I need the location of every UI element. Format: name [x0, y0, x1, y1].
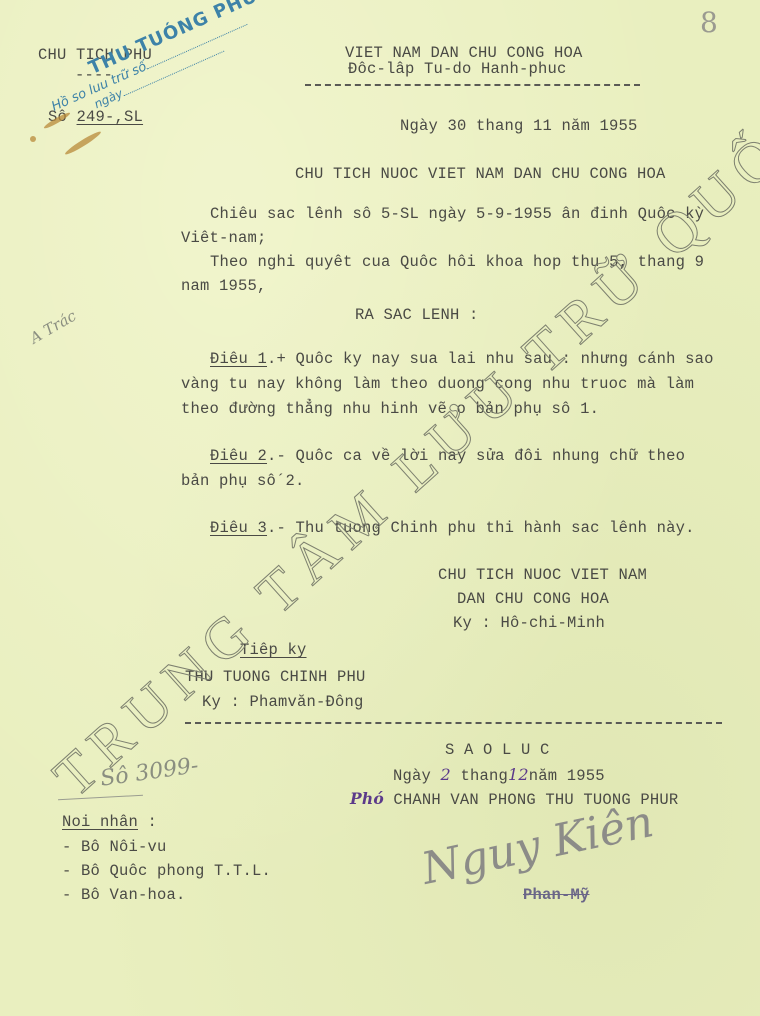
countersign-signed: Ky : Phamvăn-Đông — [202, 693, 364, 711]
issuer-heading: CHU TICH NUOC VIET NAM DAN CHU CONG HOA — [295, 165, 666, 183]
copy-signer: Phan-Mỹ — [523, 886, 590, 904]
archive-stamp: THU TUÓNG PHỦ Hồ so luu trữ số ngày — [40, 0, 273, 128]
preamble-line: Chiêu sac lênh sô 5-SL ngày 5-9-1955 ân … — [210, 205, 704, 223]
handwritten-signature: Nguy Kiên — [417, 796, 658, 895]
article-label: Điêu 3 — [210, 519, 267, 537]
copy-date: Ngày 2 thang12năm 1955 — [393, 765, 605, 785]
office-overwrite: Phó — [350, 789, 384, 808]
article-3: Điêu 3.- Thu tuong Chinh phu thi hành sa… — [210, 519, 695, 537]
document-date: Ngày 30 thang 11 năm 1955 — [400, 117, 638, 135]
recipient-item: - Bô Quôc phong T.T.L. — [62, 862, 271, 880]
page-number: 8 — [700, 6, 718, 39]
recipients-heading: Noi nhân : — [62, 813, 157, 831]
article-line: vàng tu nay không làm theo duong cong nh… — [181, 375, 694, 393]
president-title-line1: CHU TICH NUOC VIET NAM — [438, 566, 647, 584]
recipient-item: - Bô Nôi-vu — [62, 838, 167, 856]
article-line: bản phụ sô´2. — [181, 472, 305, 490]
recipient-item: - Bô Van-hoa. — [62, 886, 186, 904]
copy-heading: S A O L U C — [445, 741, 550, 759]
header-divider — [305, 84, 640, 86]
president-signed: Ky : Hô-chi-Minh — [453, 614, 605, 632]
preamble-line: nam 1955, — [181, 277, 267, 295]
section-divider — [185, 722, 722, 724]
copy-day: 2 — [441, 765, 451, 784]
margin-note: A Trác — [27, 307, 79, 348]
president-title-line2: DAN CHU CONG HOA — [457, 590, 609, 608]
article-1: Điêu 1.+ Quôc ky nay sua lai nhu sau : n… — [210, 350, 714, 368]
article-label: Điêu 2 — [210, 447, 267, 465]
national-motto: Đôc-lâp Tu-do Hanh-phuc — [348, 60, 567, 78]
stain-mark — [64, 129, 103, 156]
copy-month: 12 — [508, 765, 529, 784]
stain-mark — [30, 136, 36, 142]
preamble-line: Viêt-nam; — [181, 229, 267, 247]
decree-heading: RA SAC LENH : — [355, 306, 479, 324]
article-label: Điêu 1 — [210, 350, 267, 368]
